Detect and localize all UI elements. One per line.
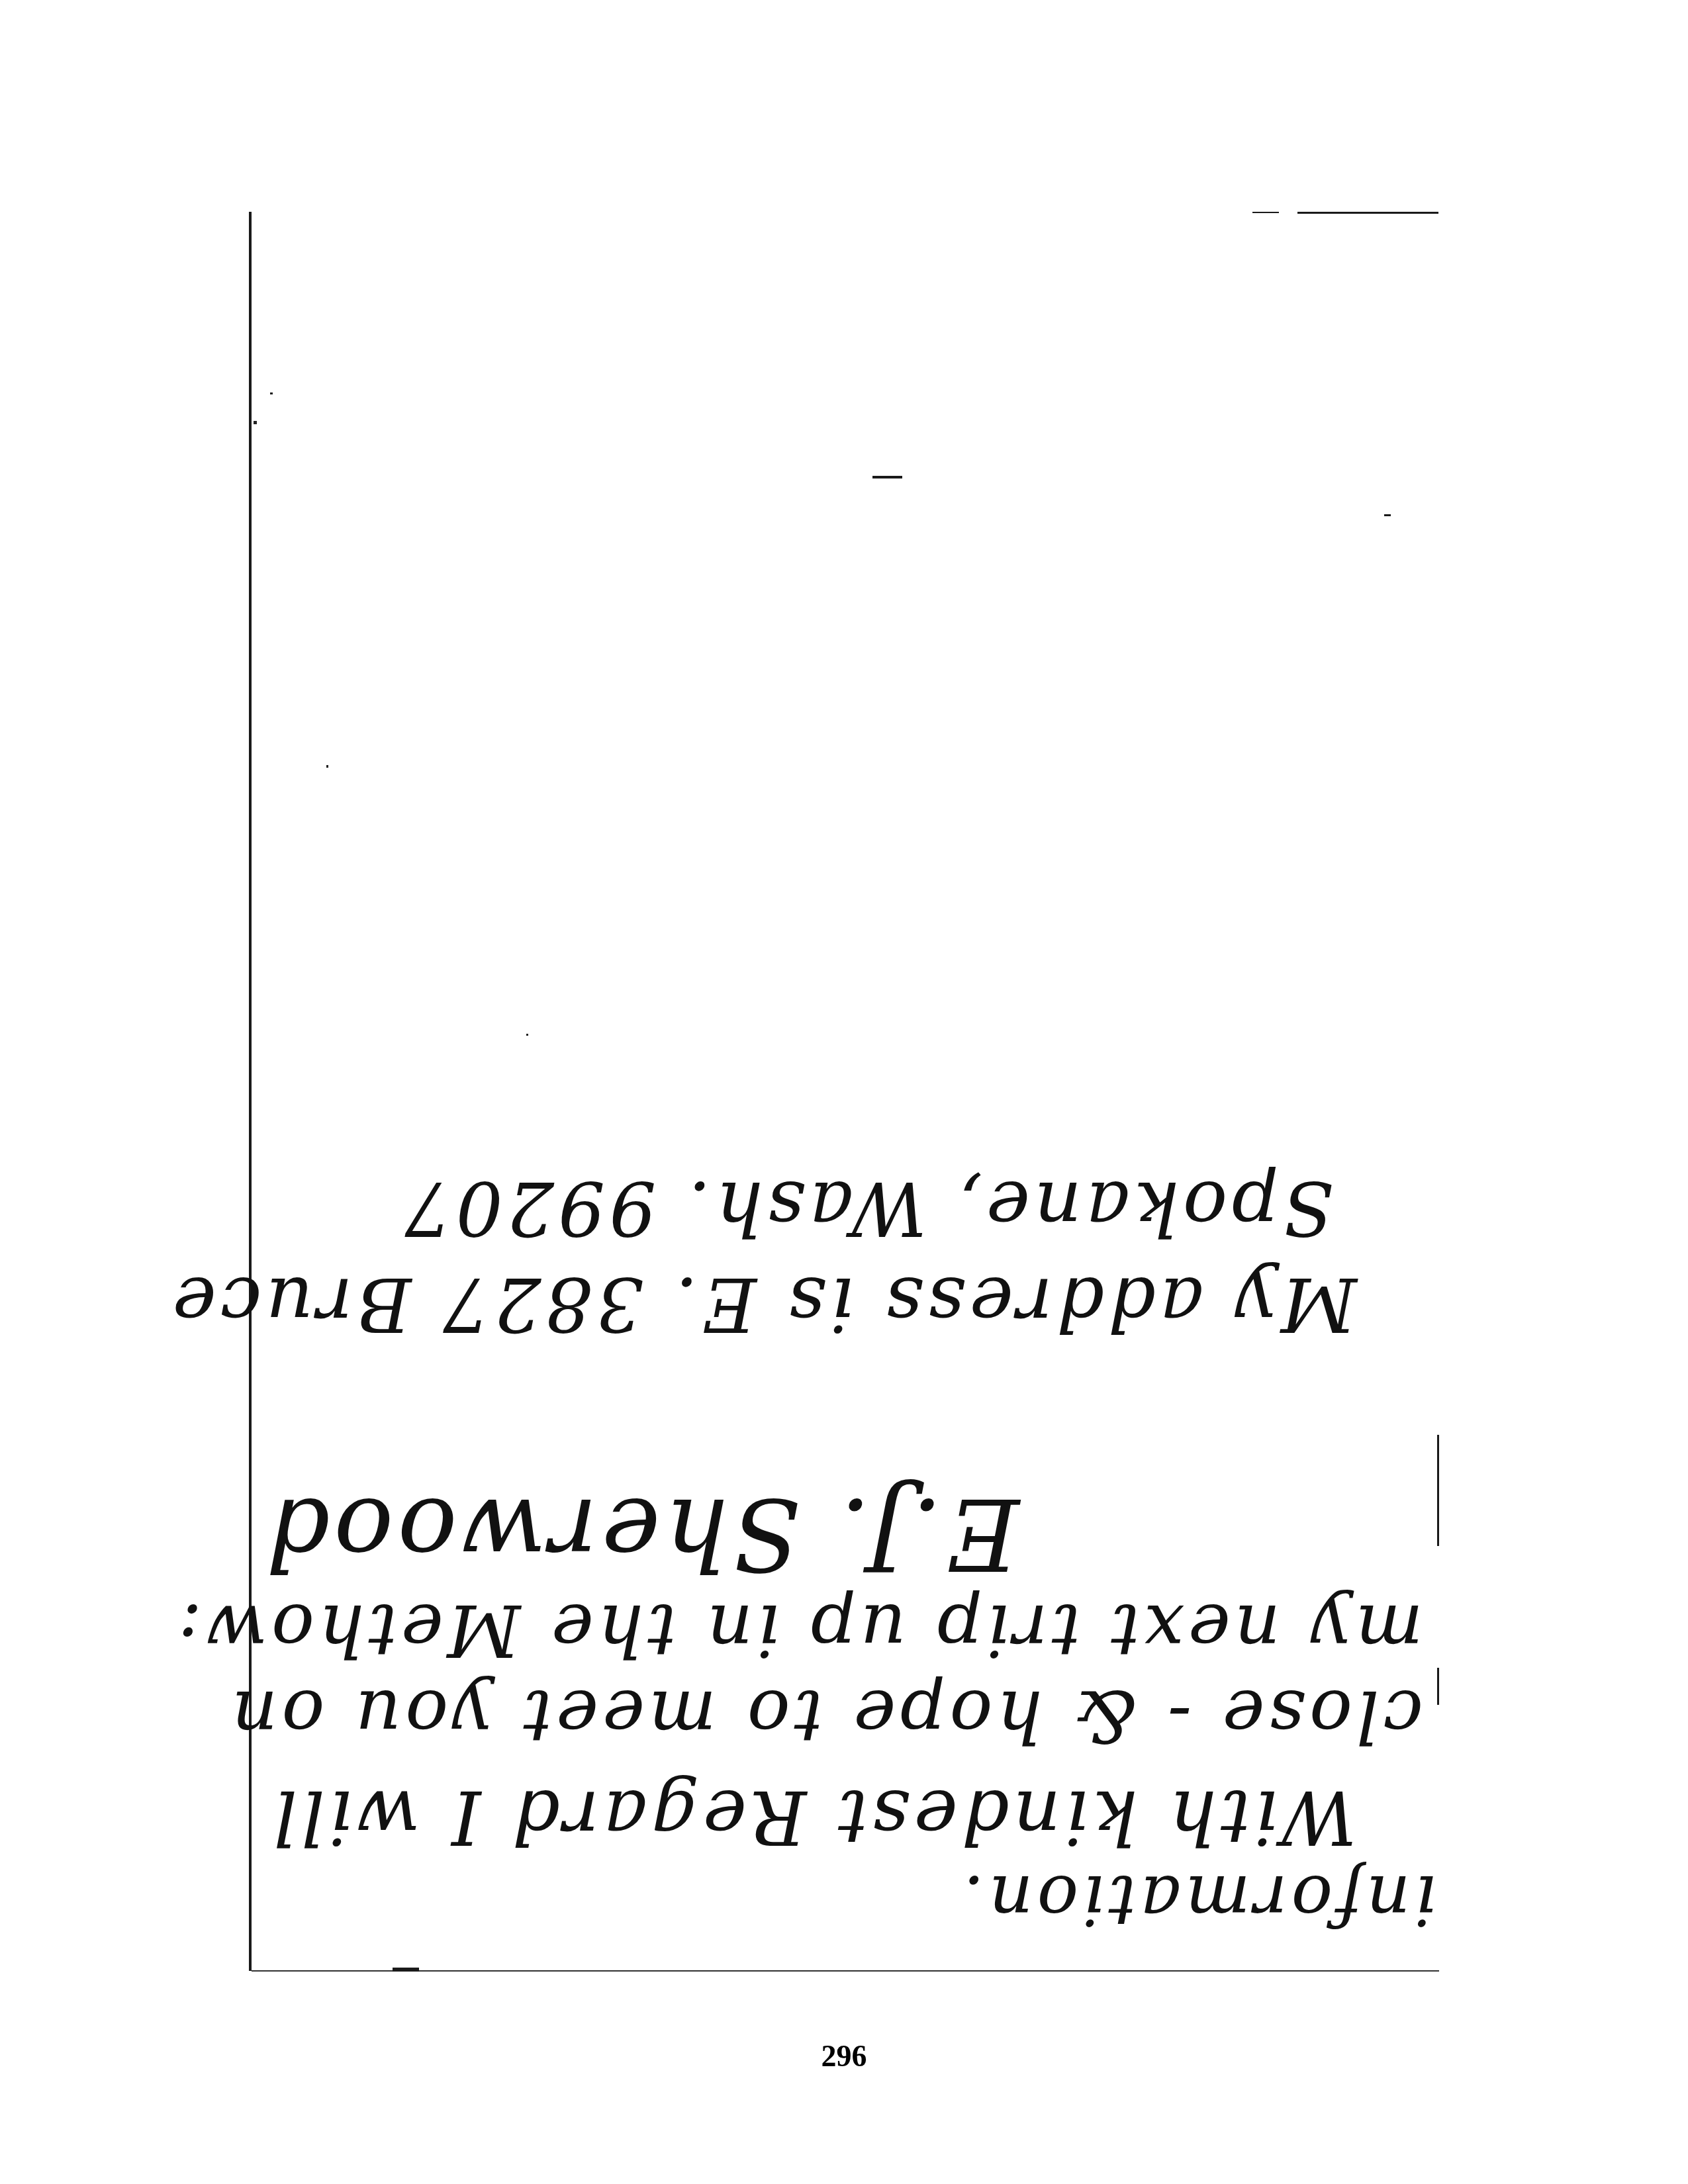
scan-speck — [254, 421, 257, 424]
top-border-line — [1297, 212, 1438, 214]
signature: E.J. Sherwood — [424, 1476, 1019, 1591]
page-number: 296 — [0, 2038, 1688, 2073]
bottom-border-smudge — [393, 1968, 419, 1972]
scan-speck — [270, 392, 273, 394]
address-line-1: My address is E. 3827 Bruce — [298, 1261, 1357, 1347]
letter-line-4: my next trip up in the Methow: — [285, 1588, 1423, 1671]
scan-speck — [326, 765, 328, 768]
bottom-border-line — [252, 1970, 1439, 1972]
letter-line-2: With kindest Regard I will — [364, 1774, 1357, 1860]
stray-dash — [1384, 514, 1391, 516]
stray-dash — [872, 476, 902, 478]
right-border-line-upper — [1437, 1435, 1439, 1546]
letter-line-3: close - & hope to meet you on — [285, 1674, 1423, 1757]
address-line-2: Spokane, Wash. 99207 — [371, 1165, 1364, 1251]
top-border-line-fragment — [1252, 212, 1279, 213]
scan-speck — [526, 1034, 528, 1036]
letter-line-1: information. — [1059, 1860, 1436, 1940]
right-border-line-lower — [1437, 1668, 1439, 1705]
scanned-page: Spokane, Wash. 99207 My address is E. 38… — [0, 0, 1688, 2184]
